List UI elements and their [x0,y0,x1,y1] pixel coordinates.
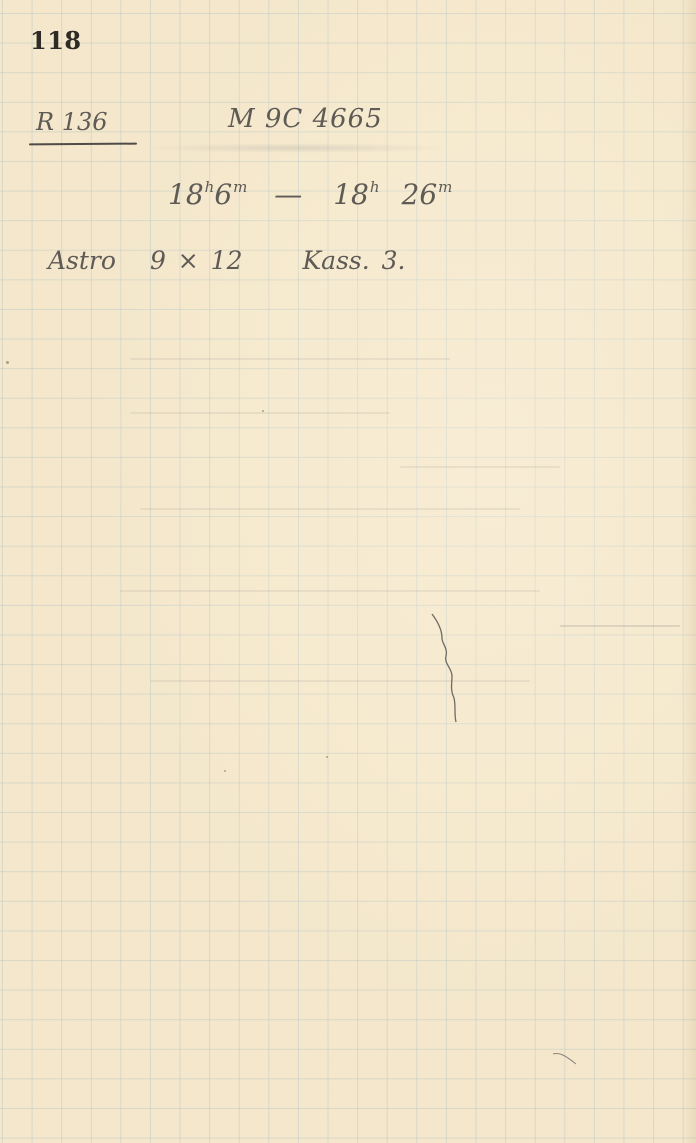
bleed-through-line [560,625,680,627]
stray-fiber-mark [430,612,466,724]
pencil-smear [140,143,450,153]
bleed-through-line [120,590,540,592]
end-minute: 26 [402,178,438,211]
plate-reference: R 136 [36,108,108,136]
exposure-time-range: 18h6m — 18h26m [168,178,452,211]
cassette-label: Kass. [303,246,370,275]
start-minute-unit: m [233,178,247,196]
reference-underline [29,143,137,146]
ink-speck [6,361,9,364]
plate-type: Astro [48,246,116,275]
notebook-page: 118 R 136 M 9C 4665 18h6m — 18h26m Astro… [0,0,696,1143]
page-number: 118 [30,26,82,55]
page-edge-shadow [682,0,696,1143]
faint-pencil-mark [552,1050,578,1066]
end-minute-unit: m [438,178,452,196]
plate-size: 9 × 12 [150,246,243,275]
range-dash: — [274,178,302,211]
start-hour: 18 [168,178,204,211]
plate-details: Astro9 × 12Kass. 3. [48,246,406,275]
bleed-through-line [130,412,390,414]
bleed-through-line [140,508,520,510]
bleed-through-line [150,680,530,682]
end-hour: 18 [333,178,369,211]
start-hour-unit: h [205,178,215,196]
start-minute: 6 [214,178,232,211]
ink-speck [326,756,328,758]
bleed-through-line [400,466,560,468]
object-designation: M 9C 4665 [228,104,383,134]
bleed-through-line [130,358,450,360]
cassette-number: 3. [382,246,406,275]
ink-speck [224,770,226,772]
end-hour-unit: h [370,178,380,196]
